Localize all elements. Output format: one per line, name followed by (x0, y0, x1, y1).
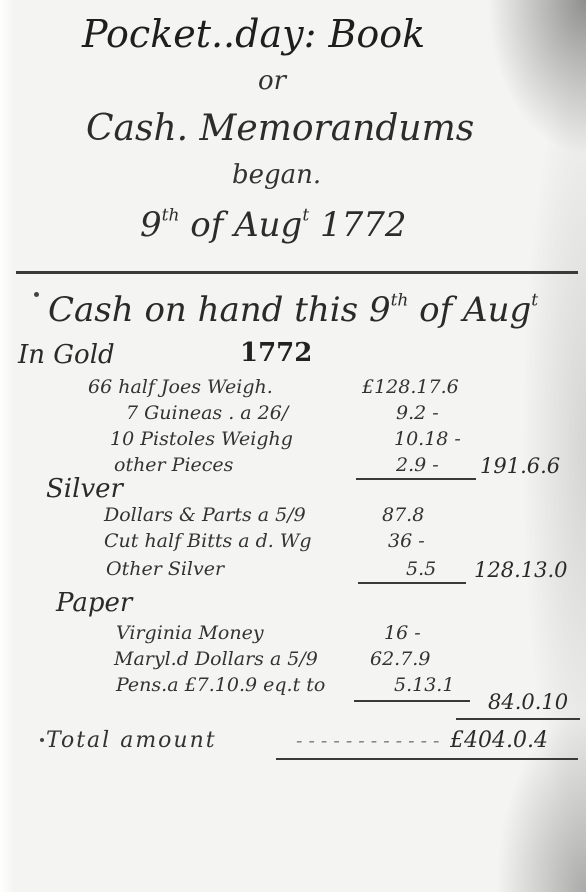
silver-item-label: Dollars & Parts a 5/9 (104, 504, 306, 526)
silver-item-label: Cut half Bitts a d. Wg (104, 530, 312, 552)
gold-item-amount: 2.9 - (396, 454, 439, 476)
gold-item-amount: 10.18 - (394, 428, 461, 450)
silver-item-amount: 87.8 (382, 504, 424, 526)
silver-item-amount: 36 - (388, 530, 425, 552)
ink-dot (34, 292, 39, 297)
ledger-heading-day-suffix: th (391, 291, 409, 311)
page-edge (0, 0, 14, 892)
silver-subtotal: 128.13.0 (474, 558, 568, 582)
gold-item-label: 10 Pistoles Weighg (110, 428, 293, 450)
ledger-heading-month: of Aug (419, 290, 531, 330)
title-line-1: Pocket..day: Book (82, 12, 425, 56)
paper-item-label: Pens.a £7.10.9 eq.t to (116, 674, 325, 696)
gold-item-label: 66 half Joes Weigh. (88, 376, 273, 398)
paper-underline (354, 700, 470, 702)
gold-item-amount: £128.17.6 (362, 376, 459, 398)
paper-item-label: Maryl.d Dollars a 5/9 (114, 648, 318, 670)
section-paper-title: Paper (56, 588, 132, 618)
title-line-4: began. (232, 160, 321, 190)
title-line-3: Cash. Memorandums (86, 108, 474, 149)
total-leader-dots: - - - - - - - - - - - - (296, 730, 439, 752)
ledger-heading-month-suffix: t (531, 291, 538, 311)
document-page: Pocket..day: Book or Cash. Memorandums b… (0, 0, 586, 892)
title-date: 9th of Augt 1772 (140, 205, 407, 245)
ledger-heading: Cash on hand this 9th of Augt (48, 290, 538, 330)
title-date-month-suffix: t (302, 206, 309, 226)
paper-item-label: Virginia Money (116, 622, 264, 644)
divider-rule (16, 271, 578, 274)
title-date-day: 9 (140, 205, 162, 245)
paper-item-amount: 62.7.9 (370, 648, 430, 670)
title-date-day-suffix: th (162, 206, 180, 226)
section-gold-title: In Gold (18, 340, 115, 370)
total-underline (276, 758, 578, 760)
paper-item-amount: 5.13.1 (394, 674, 454, 696)
ink-dot (40, 738, 44, 742)
gold-item-label: other Pieces (114, 454, 233, 476)
title-date-year: 1772 (320, 205, 407, 245)
total-label: Total amount (46, 728, 217, 753)
gold-underline (356, 478, 476, 480)
gold-subtotal: 191.6.6 (480, 454, 560, 478)
gold-item-label: 7 Guineas . a 26/ (126, 402, 288, 424)
paper-subtotal: 84.0.10 (488, 690, 568, 714)
title-date-month: of Aug (190, 205, 302, 245)
total-amount: £404.0.4 (450, 728, 548, 753)
silver-item-label: Other Silver (106, 558, 224, 580)
subtotal-underline (456, 718, 580, 720)
silver-item-amount: 5.5 (406, 558, 436, 580)
gold-item-amount: 9.2 - (396, 402, 439, 424)
title-line-2: or (258, 66, 286, 96)
ledger-heading-prefix: Cash on hand this 9 (48, 290, 391, 330)
section-silver-title: Silver (46, 474, 123, 504)
ledger-year: 1772 (240, 338, 312, 368)
silver-underline (358, 582, 466, 584)
paper-item-amount: 16 - (384, 622, 421, 644)
